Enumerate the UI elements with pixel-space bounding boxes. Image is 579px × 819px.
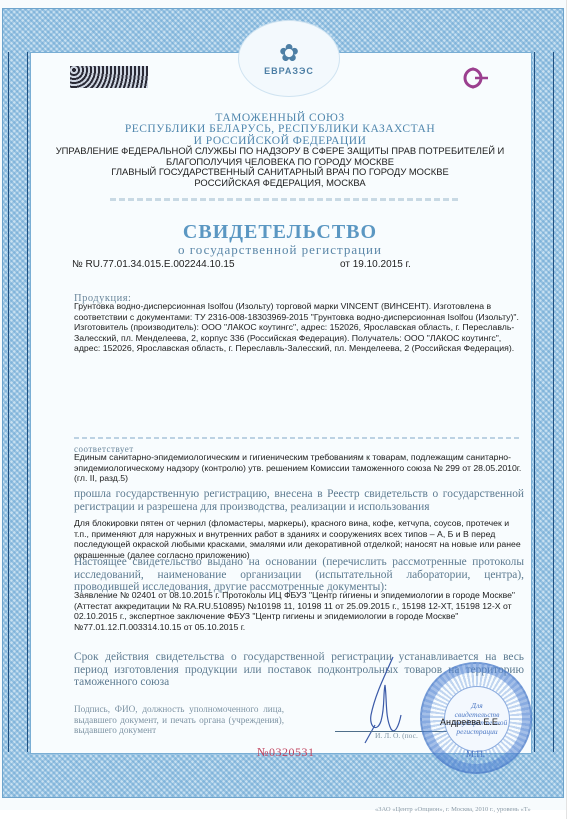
basis-statement: Настоящее свидетельство выдано на основа… (74, 556, 524, 594)
page-edge (566, 0, 579, 819)
authority-line-4: РОССИЙСКАЯ ФЕДЕРАЦИЯ, МОСКВА (40, 178, 520, 189)
eurasec-bird-icon: ✿ (279, 42, 299, 66)
union-title-line-2: РЕСПУБЛИКИ БЕЛАРУСЬ, РЕСПУБЛИКИ КАЗАХСТА… (40, 123, 520, 135)
faint-caption-line-2 (74, 437, 520, 439)
se-mark-icon (458, 64, 500, 92)
certificate-subtitle: о государственной регистрации (40, 242, 520, 258)
signer-name: Андреева Е.Е. (440, 717, 500, 727)
authority-line-3: ГЛАВНЫЙ ГОСУДАРСТВЕННЫЙ САНИТАРНЫЙ ВРАЧ … (40, 167, 520, 178)
security-pattern-box (70, 66, 148, 88)
signature-caption: И. Л. О. (пос. (375, 731, 418, 740)
certificate-title: СВИДЕТЕЛЬСТВО (40, 221, 520, 244)
signer-caption: Подпись, ФИО, должность уполномоченного … (74, 704, 284, 736)
eurasec-emblem: ✿ ЕВРАЗЭС (238, 20, 340, 97)
product-description: Грунтовка водно-дисперсионная Isolfou (И… (74, 301, 524, 354)
registration-statement: прошла государственную регистрацию, внес… (74, 488, 524, 513)
faint-caption-line (110, 198, 460, 201)
stamp-mp-label: М.П. (466, 749, 485, 759)
certificate-date: от 19.10.2015 г. (340, 259, 411, 270)
basis-documents: Заявление № 02401 от 08.10.2015 г. Прото… (74, 590, 524, 632)
compliance-text: Единым санитарно-эпидемиологическим и ги… (74, 452, 524, 484)
usage-text: Для блокировки пятен от чернил (фломасте… (74, 518, 524, 560)
left-border-strip (8, 52, 28, 752)
authority-line-1: УПРАВЛЕНИЕ ФЕДЕРАЛЬНОЙ СЛУЖБЫ ПО НАДЗОРУ… (40, 146, 520, 157)
printer-info: «ЗАО «Центр «Опцион», г. Москва, 2010 г.… (375, 806, 531, 813)
blank-serial-number: №0320531 (257, 745, 314, 760)
stamp-text-4: регистрации (456, 728, 497, 737)
certificate-number: № RU.77.01.34.015.Е.002244.10.15 (72, 259, 235, 270)
right-border-strip (534, 52, 554, 752)
eurasec-label: ЕВРАЗЭС (264, 66, 314, 76)
certificate-sheet: ✿ ЕВРАЗЭС ТАМОЖЕННЫЙ СОЮЗ РЕСПУБЛИКИ БЕЛ… (0, 0, 566, 810)
